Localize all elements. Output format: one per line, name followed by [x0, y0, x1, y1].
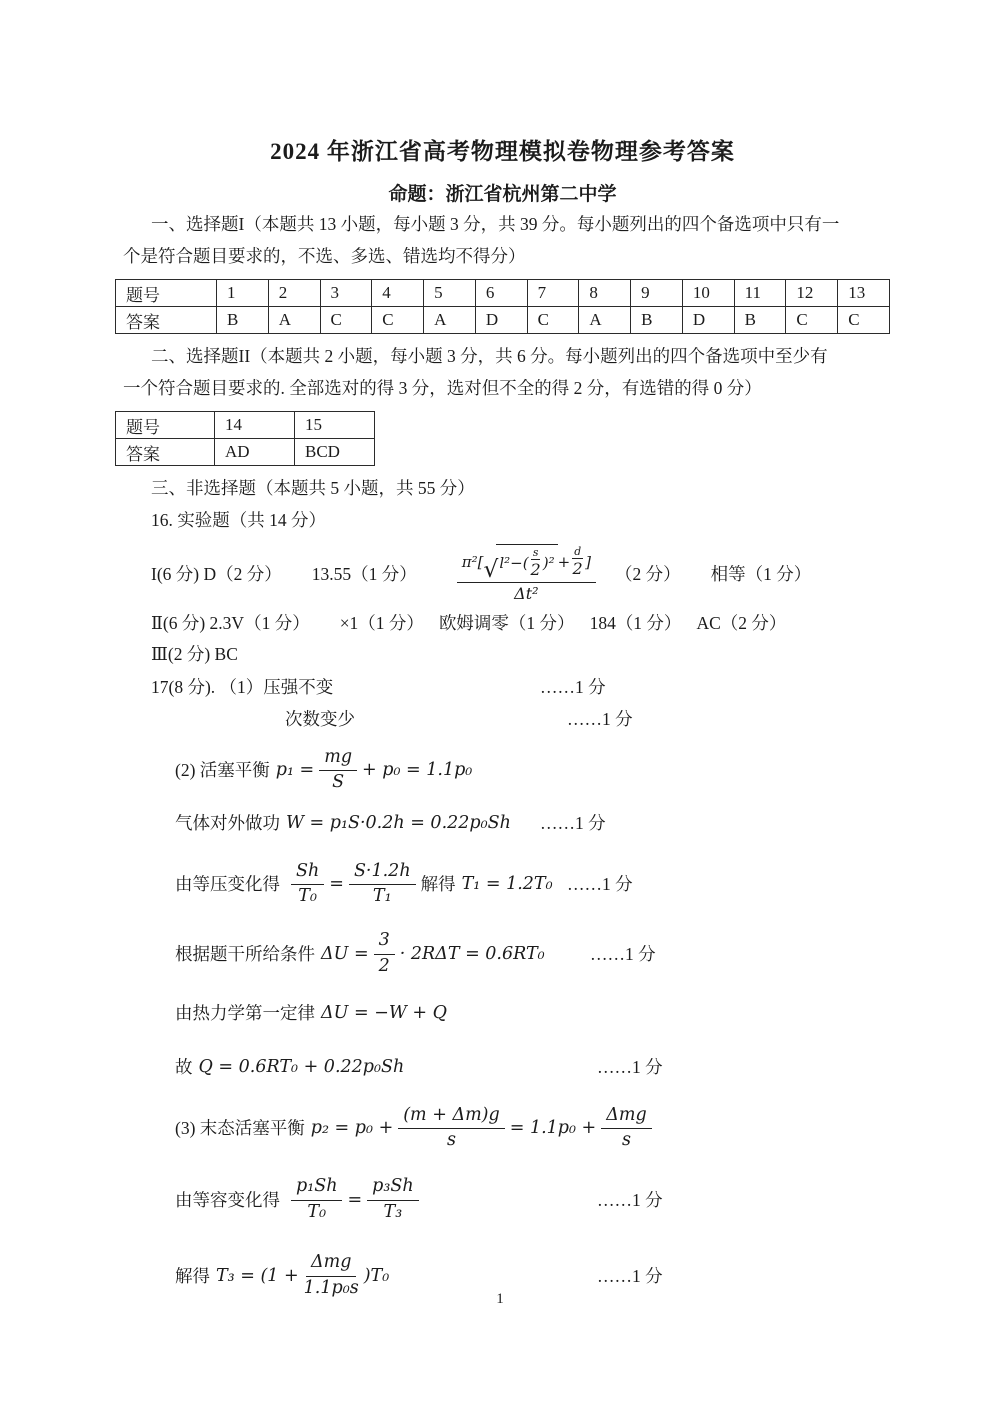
- table-header-cell: 题号: [116, 280, 217, 307]
- fraction-denominator: T₀: [298, 885, 317, 908]
- score-marker: ……1 分: [597, 1263, 663, 1289]
- q17-line10-label: 由等容变化得: [175, 1187, 280, 1213]
- fraction-denominator: T₀: [307, 1201, 326, 1224]
- score-marker: ……1 分: [567, 706, 633, 732]
- math-expression: l²−(: [499, 554, 528, 573]
- q17-line2-text: 次数变少: [285, 706, 355, 732]
- math-expression: Q = 0.6RT₀ + 0.22p₀Sh: [199, 1054, 405, 1080]
- fraction-numerator: S·1.2h: [349, 861, 416, 886]
- q17-line2: 次数变少 ……1 分: [115, 706, 890, 732]
- table-cell: 3: [320, 280, 372, 307]
- table-cell: C: [372, 307, 424, 334]
- fraction-numerator: mg: [319, 747, 357, 772]
- sqrt-radical: √ l²−( s 2 )²: [483, 544, 557, 580]
- table-cell: C: [786, 307, 838, 334]
- section3-heading: 三、非选择题（本题共 5 小题，共 55 分）: [115, 474, 890, 502]
- table-cell: 2: [268, 280, 320, 307]
- table-cell: B: [217, 307, 269, 334]
- math-expression: p₁ =: [276, 757, 314, 783]
- answer-table-2: 题号 14 15 答案 AD BCD: [115, 411, 375, 466]
- math-expression: + p₀ = 1.1p₀: [362, 757, 472, 783]
- q16-part2-item: Ⅱ(6 分) 2.3V（1 分）: [151, 610, 310, 636]
- q17-line3-label: (2) 活塞平衡: [175, 757, 270, 783]
- table-cell: B: [631, 307, 683, 334]
- fraction-denominator: s: [622, 1129, 631, 1152]
- q16-part3-line: Ⅲ(2 分) BC: [115, 640, 890, 668]
- math-expression: = 1.1p₀ +: [510, 1115, 597, 1141]
- table-cell: D: [475, 307, 527, 334]
- fraction-denominator: S: [332, 771, 344, 794]
- score-marker: ……1 分: [540, 810, 606, 836]
- table-cell: 8: [579, 280, 631, 307]
- section1-heading-line2: 个是符合题目要求的，不选、多选、错选均不得分）: [115, 242, 890, 270]
- fraction-numerator: Sh: [291, 861, 324, 886]
- table-cell: 11: [734, 280, 786, 307]
- fraction-denominator: 2: [379, 955, 390, 978]
- fraction-numerator: p₁Sh: [291, 1176, 342, 1201]
- table-cell: 1: [217, 280, 269, 307]
- sqrt-body: l²−( s 2 )²: [496, 544, 557, 580]
- q16-part2-item: ×1（1 分）: [340, 610, 424, 636]
- table-cell: BCD: [295, 439, 375, 466]
- q17-line8-label: 故: [175, 1054, 193, 1080]
- fraction: (m + Δm)g s: [398, 1105, 504, 1153]
- fraction: π²[ √ l²−( s 2 )² + d 2: [457, 544, 596, 604]
- q16-part1-label: I(6 分) D（2 分）: [151, 561, 282, 587]
- fraction-numerator: s: [531, 547, 541, 560]
- table-cell: 9: [631, 280, 683, 307]
- section2-heading-line1: 二、选择题II（本题共 2 小题，每小题 3 分，共 6 分。每小题列出的四个备…: [115, 342, 890, 370]
- q17-line7: 由热力学第一定律 ΔU = −W + Q: [115, 1000, 890, 1026]
- section1-heading-line1: 一、选择题I（本题共 13 小题，每小题 3 分，共 39 分。每小题列出的四个…: [115, 210, 890, 238]
- q16-part1-item2: 13.55（1 分）: [312, 561, 417, 587]
- math-expression: =: [329, 871, 344, 897]
- math-expression: T₁ = 1.2T₀: [462, 871, 553, 897]
- fraction: 3 2: [374, 930, 395, 978]
- doc-title: 2024 年浙江省高考物理模拟卷物理参考答案: [115, 133, 890, 166]
- math-expression: +: [558, 553, 571, 572]
- table-cell: 13: [838, 280, 890, 307]
- math-expression: · 2RΔT = 0.6RT₀: [400, 941, 545, 967]
- fraction-denominator: T₃: [384, 1201, 403, 1224]
- q17-line5-mid: 解得: [421, 871, 456, 897]
- math-expression: ΔU = −W + Q: [321, 1000, 447, 1026]
- fraction-denominator: Δt²: [514, 583, 538, 604]
- math-expression: π²[: [462, 553, 484, 572]
- table-cell: 7: [527, 280, 579, 307]
- table-header-cell: 答案: [116, 307, 217, 334]
- math-expression: =: [347, 1187, 362, 1213]
- q16-part2-item: 欧姆调零（1 分）: [439, 610, 575, 636]
- table-cell: C: [527, 307, 579, 334]
- table-cell: D: [682, 307, 734, 334]
- q17-line6: 根据题干所给条件 ΔU = 3 2 · 2RΔT = 0.6RT₀ ……1 分: [115, 930, 890, 978]
- q17-line5-label: 由等压变化得: [175, 871, 280, 897]
- q17-line9: (3) 末态活塞平衡 p₂ = p₀ + (m + Δm)g s = 1.1p₀…: [115, 1105, 890, 1153]
- table-cell: 14: [215, 412, 295, 439]
- math-expression: )T₀: [364, 1263, 390, 1289]
- table-cell: A: [424, 307, 476, 334]
- q17-line10: 由等容变化得 p₁Sh T₀ = p₃Sh T₃ ……1 分: [115, 1176, 890, 1224]
- page: 2024 年浙江省高考物理模拟卷物理参考答案 命题：浙江省杭州第二中学 一、选择…: [0, 0, 1000, 1414]
- fraction: p₃Sh T₃: [367, 1176, 418, 1224]
- fraction: Δmg s: [601, 1105, 651, 1153]
- math-expression: ΔU =: [321, 941, 369, 967]
- fraction-denominator: 2: [573, 559, 583, 578]
- q16-part2-item: AC（2 分）: [696, 610, 786, 636]
- table-cell: 15: [295, 412, 375, 439]
- table-row-answers: 答案 AD BCD: [116, 439, 375, 466]
- score-marker: ……1 分: [590, 941, 656, 967]
- q17-line4: 气体对外做功 W = p₁S·0.2h = 0.22p₀Sh ……1 分: [115, 810, 890, 836]
- doc-subtitle: 命题：浙江省杭州第二中学: [115, 179, 890, 206]
- q17-line5: 由等压变化得 Sh T₀ = S·1.2h T₁ 解得 T₁ = 1.2T₀ ……: [115, 861, 890, 909]
- q17-line3: (2) 活塞平衡 p₁ = mg S + p₀ = 1.1p₀: [115, 747, 890, 795]
- fraction: S·1.2h T₁: [349, 861, 416, 909]
- q17-line8: 故 Q = 0.6RT₀ + 0.22p₀Sh ……1 分: [115, 1054, 890, 1080]
- q17-line4-label: 气体对外做功: [175, 810, 280, 836]
- fraction-numerator: Δmg: [306, 1252, 356, 1277]
- math-expression: T₃ = (1 +: [216, 1263, 299, 1289]
- score-marker: ……1 分: [540, 674, 606, 700]
- table-cell: 6: [475, 280, 527, 307]
- table-cell: 12: [786, 280, 838, 307]
- q16-part1-line: I(6 分) D（2 分） 13.55（1 分） π²[ √ l²−( s 2 …: [115, 544, 890, 604]
- table-cell: A: [579, 307, 631, 334]
- q17-line1: 17(8 分). （1）压强不变 ……1 分: [115, 674, 890, 700]
- table-cell: AD: [215, 439, 295, 466]
- table-header-cell: 答案: [116, 439, 215, 466]
- fraction-numerator: 3: [374, 930, 395, 955]
- fraction-numerator: p₃Sh: [367, 1176, 418, 1201]
- fraction-denominator: 2: [531, 560, 541, 579]
- table-cell: 5: [424, 280, 476, 307]
- table-cell: 4: [372, 280, 424, 307]
- score-marker: ……1 分: [567, 871, 633, 897]
- answer-table-1: 题号 1 2 3 4 5 6 7 8 9 10 11 12 13 答案 B A …: [115, 279, 890, 334]
- fraction-numerator: Δmg: [601, 1105, 651, 1130]
- fraction-numerator: d: [572, 546, 583, 559]
- q16-part1-item4: 相等（1 分）: [711, 561, 812, 587]
- q17-line11-label: 解得: [175, 1263, 210, 1289]
- q17-line7-label: 由热力学第一定律: [175, 1000, 315, 1026]
- math-expression: W = p₁S·0.2h = 0.22p₀Sh: [286, 810, 511, 836]
- q17-line9-label: (3) 末态活塞平衡: [175, 1115, 305, 1141]
- fraction: p₁Sh T₀: [291, 1176, 342, 1224]
- fraction: s 2: [531, 547, 541, 580]
- fraction-denominator: T₁: [373, 885, 392, 908]
- table-cell: 10: [682, 280, 734, 307]
- table-cell: B: [734, 307, 786, 334]
- table-header-cell: 题号: [116, 412, 215, 439]
- table-cell: A: [268, 307, 320, 334]
- math-expression: p₂ = p₀ +: [311, 1115, 393, 1141]
- table-row-answers: 答案 B A C C A D C A B D B C C: [116, 307, 890, 334]
- table-row-numbers: 题号 1 2 3 4 5 6 7 8 9 10 11 12 13: [116, 280, 890, 307]
- math-expression: ]: [585, 553, 591, 572]
- q16-heading: 16. 实验题（共 14 分）: [115, 506, 890, 534]
- fraction: mg S: [319, 747, 357, 795]
- q16-part1-score2: （2 分）: [615, 561, 681, 587]
- q17-line1-text: 17(8 分). （1）压强不变: [151, 674, 333, 700]
- q17-line6-label: 根据题干所给条件: [175, 941, 315, 967]
- fraction: Sh T₀: [291, 861, 324, 909]
- math-expression: )²: [543, 554, 555, 573]
- q16-part2-item: 184（1 分）: [590, 610, 682, 636]
- page-number: 1: [0, 1291, 1000, 1308]
- table-cell: C: [320, 307, 372, 334]
- fraction-denominator: s: [447, 1129, 456, 1152]
- q16-part2-line: Ⅱ(6 分) 2.3V（1 分） ×1（1 分） 欧姆调零（1 分） 184（1…: [115, 610, 890, 636]
- fraction-numerator: (m + Δm)g: [398, 1105, 504, 1130]
- section2-heading-line2: 一个符合题目要求的. 全部选对的得 3 分，选对但不全的得 2 分，有选错的得 …: [115, 374, 890, 402]
- score-marker: ……1 分: [597, 1054, 663, 1080]
- fraction: d 2: [572, 546, 583, 579]
- fraction-numerator: π²[ √ l²−( s 2 )² + d 2: [457, 544, 596, 583]
- table-row-numbers: 题号 14 15: [116, 412, 375, 439]
- score-marker: ……1 分: [597, 1187, 663, 1213]
- table-cell: C: [838, 307, 890, 334]
